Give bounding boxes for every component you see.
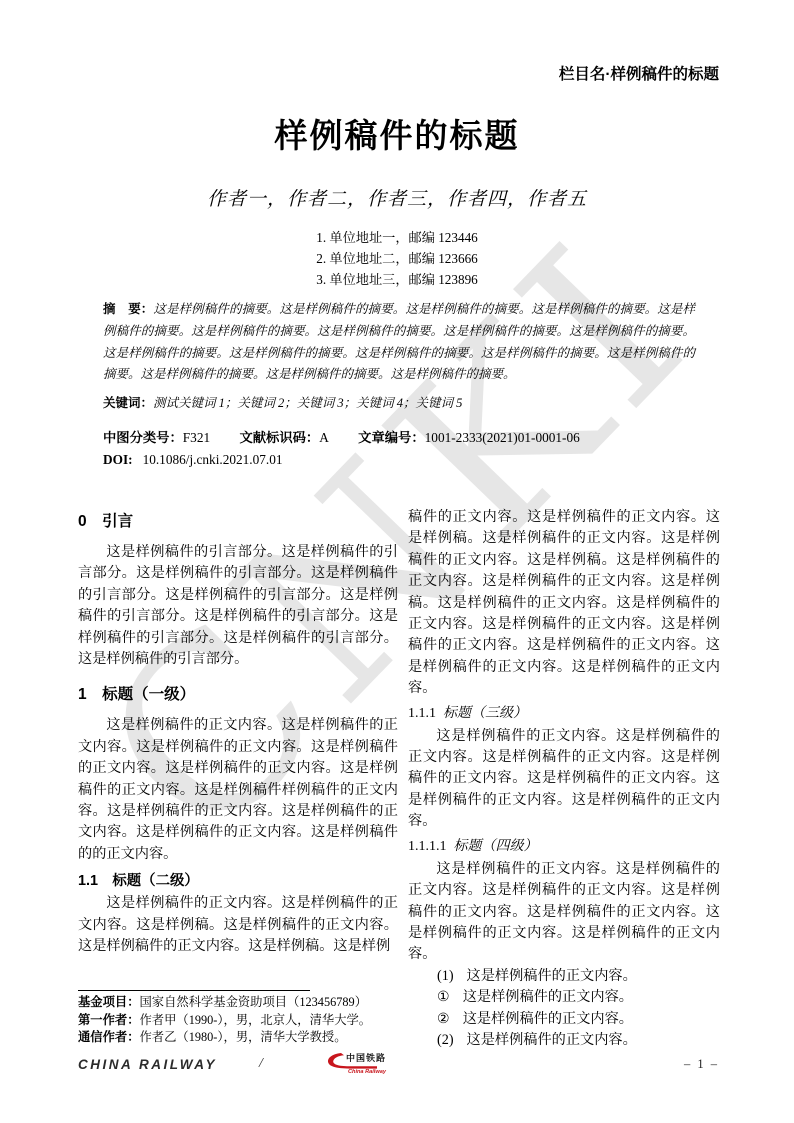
footnote-line: 基金项目：国家自然科学基金资助项目（123456789） — [78, 994, 558, 1012]
abstract-block: 摘 要：这是样例稿件的摘要。这是样例稿件的摘要。这是样例稿件的摘要。这是样例稿件… — [103, 299, 695, 386]
article-id-label: 文章编号： — [358, 430, 424, 445]
affiliation-list: 1. 单位地址一，邮编 123446 2. 单位地址二，邮编 123666 3.… — [0, 227, 794, 290]
doc-code-group: 文献标识码：A — [239, 430, 328, 445]
classification-line: 中图分类号：F321 文献标识码：A 文章编号：1001-2333(2021)0… — [103, 427, 703, 446]
clc-label: 中图分类号： — [103, 430, 183, 445]
footnote-line: 通信作者：作者乙（1980-），男，清华大学教授。 — [78, 1029, 558, 1047]
footnote-text: 国家自然科学基金资助项目（123456789） — [140, 995, 368, 1009]
heading-text: 标题（四级） — [454, 839, 538, 854]
author-line: 作者一，作者二，作者三，作者四，作者五 — [0, 184, 794, 211]
heading-number: 1.1.1.1 — [408, 839, 447, 854]
keywords-text: 测试关键词 1；关键词 2；关键词 3；关键词 4；关键词 5 — [153, 396, 462, 410]
journal-name: CHINA RAILWAY — [78, 1057, 217, 1072]
article-title: 样例稿件的标题 — [0, 110, 794, 157]
left-column: 0 引言 这是样例稿件的引言部分。这是样例稿件的引言部分。这是样例稿件的引言部分… — [78, 507, 398, 1051]
affiliation-line: 2. 单位地址二，邮编 123666 — [0, 248, 794, 269]
list-marker: (1) — [437, 968, 454, 984]
doc-code-value: A — [319, 430, 329, 445]
intro-paragraph: 这是样例稿件的引言部分。这是样例稿件的引言部分。这是样例稿件的引言部分。这是样例… — [78, 542, 398, 670]
section-heading-1-1-1: 1.1.1标题（三级） — [408, 703, 720, 724]
keywords-block: 关键词：测试关键词 1；关键词 2；关键词 3；关键词 4；关键词 5 — [103, 393, 695, 411]
section-1-1-1-paragraph: 这是样例稿件的正文内容。这是样例稿件的正文内容。这是样例稿件的正文内容。这是样例… — [408, 726, 720, 833]
footer-slash: / — [259, 1056, 263, 1072]
doc-code-label: 文献标识码： — [239, 430, 319, 445]
list-item: (1)这是样例稿件的正文内容。 — [437, 966, 720, 987]
clc-value: F321 — [183, 430, 210, 445]
affiliation-line: 1. 单位地址一，邮编 123446 — [0, 227, 794, 248]
article-id-group: 文章编号：1001-2333(2021)01-0001-06 — [358, 430, 580, 445]
section-heading-1: 1 标题（一级） — [78, 684, 398, 705]
section-1-1-1-1-paragraph: 这是样例稿件的正文内容。这是样例稿件的正文内容。这是样例稿件的正文内容。这是样例… — [408, 859, 720, 966]
logo-cn-text: 中国铁路 — [346, 1052, 386, 1063]
logo-en-text: China Railway — [348, 1069, 387, 1074]
two-column-body: 0 引言 这是样例稿件的引言部分。这是样例稿件的引言部分。这是样例稿件的引言部分… — [78, 507, 720, 1051]
footnote-label: 通信作者： — [78, 1030, 140, 1044]
right-column: 稿件的正文内容。这是样例稿件的正文内容。这是样例稿。这是样例稿件的正文内容。这是… — [408, 507, 720, 1051]
footnote-label: 基金项目： — [78, 995, 140, 1009]
footnote-block: 基金项目：国家自然科学基金资助项目（123456789） 第一作者：作者甲（19… — [78, 990, 558, 1047]
footnote-line: 第一作者：作者甲（1990-），男，北京人，清华大学。 — [78, 1012, 558, 1030]
document-page: CNKI 栏目名·样例稿件的标题 样例稿件的标题 作者一，作者二，作者三，作者四… — [0, 0, 794, 1123]
footnote-label: 第一作者： — [78, 1013, 140, 1027]
abstract-text: 这是样例稿件的摘要。这是样例稿件的摘要。这是样例稿件的摘要。这是样例稿件的摘要。… — [103, 302, 695, 381]
list-text: 这是样例稿件的正文内容。 — [467, 968, 637, 984]
page-number: – 1 – — [684, 1057, 719, 1072]
footnote-text: 作者甲（1990-），男，北京人，清华大学。 — [140, 1013, 372, 1027]
doi-label: DOI: — [103, 452, 133, 467]
section-1-paragraph: 这是样例稿件的正文内容。这是样例稿件的正文内容。这是样例稿件的正文内容。这是样例… — [78, 715, 398, 865]
heading-text: 标题（三级） — [443, 706, 527, 721]
article-id-value: 1001-2333(2021)01-0001-06 — [425, 430, 580, 445]
china-railway-logo: 中国铁路 China Railway — [325, 1050, 387, 1079]
section-heading-1-1-1-1: 1.1.1.1标题（四级） — [408, 836, 720, 857]
section-1-1-paragraph-part2: 稿件的正文内容。这是样例稿件的正文内容。这是样例稿。这是样例稿件的正文内容。这是… — [408, 507, 720, 700]
abstract-label: 摘 要： — [103, 302, 153, 316]
heading-number: 1.1.1 — [408, 706, 436, 721]
keywords-label: 关键词： — [103, 396, 153, 410]
doi-line: DOI:10.1086/j.cnki.2021.07.01 — [103, 452, 283, 468]
clc-group: 中图分类号：F321 — [103, 430, 210, 445]
page-footer: CHINA RAILWAY / 中国铁路 China Railway – 1 – — [78, 1051, 719, 1077]
china-railway-logo-icon: 中国铁路 China Railway — [325, 1050, 387, 1074]
section-heading-1-1: 1.1 标题（二级） — [78, 871, 398, 891]
affiliation-line: 3. 单位地址三，邮编 123896 — [0, 269, 794, 290]
section-1-1-paragraph-part1: 这是样例稿件的正文内容。这是样例稿件的正文内容。这是样例稿。这是样例稿件的正文内… — [78, 893, 398, 957]
section-heading-0: 0 引言 — [78, 511, 398, 532]
running-head: 栏目名·样例稿件的标题 — [559, 62, 719, 84]
doi-value: 10.1086/j.cnki.2021.07.01 — [143, 452, 283, 467]
footnote-text: 作者乙（1980-），男，清华大学教授。 — [140, 1030, 347, 1044]
footnote-rule — [78, 990, 310, 991]
